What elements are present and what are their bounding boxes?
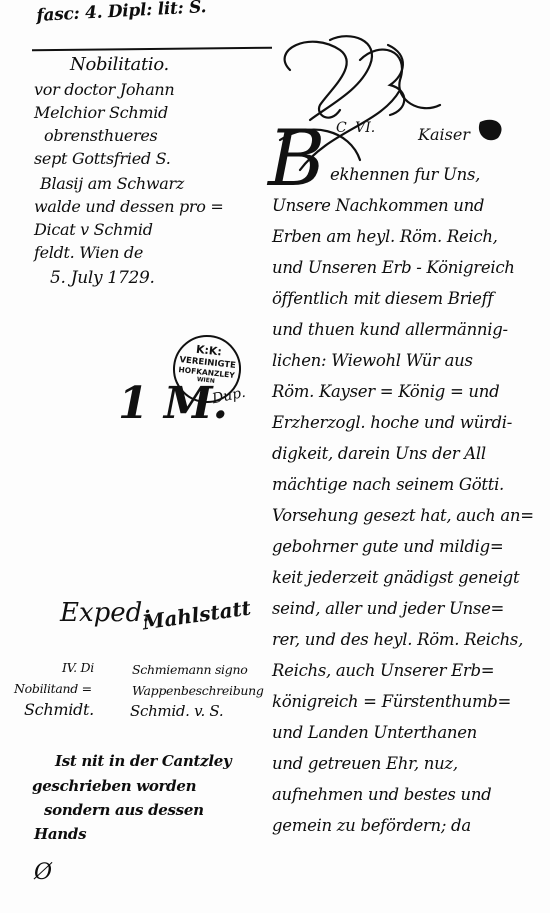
text-line: königreich = Fürstenthumb= <box>272 692 540 711</box>
text-line: Erben am heyl. Röm. Reich, <box>272 227 540 246</box>
text-line: und thuen kund allermännig- <box>272 320 540 339</box>
manuscript-page: fasc: 4. Dipl: lit: S. Nobilitatio. vor … <box>0 0 550 913</box>
text-line: ekhennen fur Uns, <box>330 165 550 184</box>
text-line: gemein zu befördern; da <box>272 816 540 835</box>
exp-left: Nobilitand = <box>14 681 92 696</box>
margin-line: vor doctor Johann <box>34 80 174 99</box>
margin-title: Nobilitatio. <box>70 54 169 75</box>
margin-line: Blasij am Schwarz <box>40 174 184 193</box>
text-line: und Unseren Erb - Königreich <box>272 258 540 277</box>
text-line: Erzherzogl. hoche und würdi- <box>272 413 540 432</box>
text-line: und getreuen Ehr, nuz, <box>272 754 540 773</box>
note-line: geschrieben worden <box>32 777 196 795</box>
text-line: Unsere Nachkommen und <box>272 196 540 215</box>
note-line: Hands <box>34 825 86 843</box>
note-line: sondern aus dessen <box>44 801 204 819</box>
archive-reference: fasc: 4. Dipl: lit: S. <box>36 0 207 26</box>
margin-line: Melchior Schmid <box>34 103 168 122</box>
margin-line: obrensthueres <box>44 126 157 145</box>
note-line: Ist nit in der Cantzley <box>55 752 231 770</box>
exp-left: IV. Di <box>62 660 94 675</box>
monogram-mark: 1 M. <box>118 378 228 429</box>
text-line: aufnehmen und bestes und <box>272 785 540 804</box>
margin-line: walde und dessen pro = <box>34 197 224 216</box>
svg-text:Kaiser: Kaiser <box>417 125 471 144</box>
invocatio-initials: C. VI. <box>336 120 375 136</box>
exp-left: Schmidt. <box>24 700 94 719</box>
margin-line: Dicat v Schmid <box>34 220 153 239</box>
text-line: keit jederzeit gnädigst geneigt <box>272 568 540 587</box>
header-rule <box>32 47 272 52</box>
closing-mark: Ø <box>34 860 52 885</box>
expedition-signature: Mahlstatt <box>141 596 252 635</box>
text-line: Röm. Kayser = König = und <box>272 382 540 401</box>
text-line: Vorsehung gesezt hat, auch an= <box>272 506 540 525</box>
expedition-label: Exped: <box>60 598 151 628</box>
exp-right: Wappenbeschreibung <box>132 683 264 698</box>
text-line: Reichs, auch Unserer Erb= <box>272 661 540 680</box>
exp-right: Schmiemann signo <box>132 662 247 677</box>
text-line: seind, aller und jeder Unse= <box>272 599 540 618</box>
margin-line: feldt. Wien de <box>34 243 143 262</box>
decorated-initial: B <box>268 120 325 198</box>
margin-line: sept Gottsfried S. <box>34 149 170 168</box>
text-line: und Landen Unterthanen <box>272 723 540 742</box>
margin-date: 5. July 1729. <box>50 268 155 288</box>
text-line: digkeit, darein Uns der All <box>272 444 540 463</box>
text-line: mächtige nach seinem Götti. <box>272 475 540 494</box>
text-line: lichen: Wiewohl Wür aus <box>272 351 540 370</box>
text-line: rer, und des heyl. Röm. Reichs, <box>272 630 540 649</box>
text-line: öffentlich mit diesem Brieff <box>272 289 540 308</box>
text-line: gebohrner gute und mildig= <box>272 537 540 556</box>
exp-right: Schmid. v. S. <box>130 702 223 720</box>
